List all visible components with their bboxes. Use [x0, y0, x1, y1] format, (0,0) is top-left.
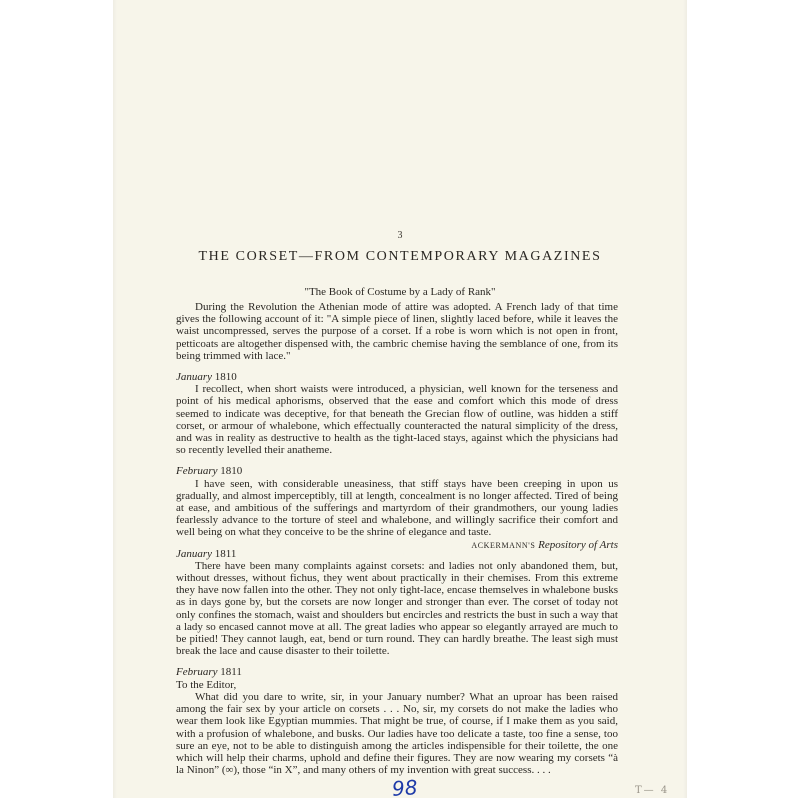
entry-date-jan-1810: January 1810 — [176, 371, 618, 383]
chapter-number: 3 — [113, 230, 687, 241]
entry-year: 1810 — [215, 371, 237, 383]
entry-month: January — [176, 548, 212, 560]
entry-text-jan-1810: I recollect, when short waists were intr… — [176, 383, 618, 456]
handwritten-page-number: 98 — [391, 775, 418, 800]
entry-year: 1810 — [220, 465, 242, 477]
pencil-mark: T— 4 — [635, 785, 669, 796]
entry-date-feb-1811: February 1811 — [176, 666, 618, 678]
section-subtitle: "The Book of Costume by a Lady of Rank" — [113, 286, 687, 298]
page-title: THE CORSET—FROM CONTEMPORARY MAGAZINES — [113, 249, 687, 265]
source-citation: ACKERMANN'S Repository of Arts — [452, 539, 618, 552]
intro-paragraph: During the Revolution the Athenian mode … — [176, 301, 618, 362]
document-page: 3 THE CORSET—FROM CONTEMPORARY MAGAZINES… — [113, 0, 687, 798]
source-title: Repository of Arts — [538, 539, 618, 551]
entry-date-feb-1810: February 1810 — [176, 465, 618, 477]
entry-text-feb-1811: What did you dare to write, sir, in your… — [176, 691, 618, 776]
entry-year: 1811 — [215, 548, 237, 560]
entry-text: I have seen, with considerable uneasines… — [176, 478, 618, 539]
source-author: ACKERMANN'S — [471, 541, 535, 550]
entry-text-feb-1810: I have seen, with considerable uneasines… — [176, 478, 618, 539]
body-column: During the Revolution the Athenian mode … — [176, 301, 618, 776]
entry-month: February — [176, 666, 218, 678]
letter-salutation: To the Editor, — [176, 679, 618, 691]
entry-year: 1811 — [220, 666, 242, 678]
entry-month: February — [176, 465, 218, 477]
entry-text-jan-1811: There have been many complaints against … — [176, 560, 618, 658]
entry-month: January — [176, 371, 212, 383]
